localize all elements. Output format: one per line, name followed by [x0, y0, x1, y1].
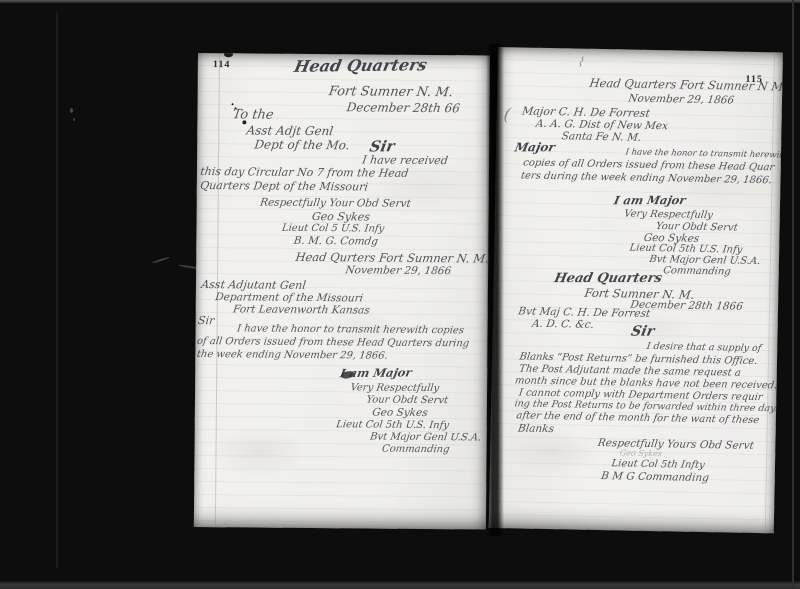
orders-salutation: Major: [514, 141, 556, 153]
film-bottom-edge: [0, 581, 800, 589]
orders-address-line1: Asst Adjutant Genl: [201, 279, 307, 291]
circular-body-line2: this day Circular No 7 from the Head: [200, 166, 410, 179]
orders-signature-name: Geo Sykes: [372, 408, 429, 419]
blanks-signature-name: Geo Sykes: [619, 449, 662, 458]
film-top-edge: [0, 0, 800, 3]
film-speck: [70, 108, 73, 113]
orders-body-line3: the week ending November 29, 1866.: [196, 350, 388, 362]
orders-closing-line1: I am Major: [613, 195, 687, 207]
blanks-body-line1: I desire that a supply of: [646, 342, 762, 354]
orders-body-line1: I have the honor to transmit herewith co…: [236, 324, 464, 336]
circular-signature-command: B. M. G. Comdg: [293, 236, 379, 247]
blanks-address-line2: A. D. C. &c.: [531, 319, 594, 331]
circular-salutation: Sir: [368, 139, 396, 154]
film-left-edge-line: [56, 12, 58, 568]
circular-signature-name: Geo Sykes: [311, 211, 370, 222]
book-spine-gutter: [486, 44, 504, 536]
blanks-signature-rank: Lieut Col 5th Infty: [611, 459, 706, 471]
orders-signature-command: Commanding: [381, 445, 450, 456]
orders-address-line2: Department of the Missouri: [215, 292, 364, 304]
orders-signature-command: Commanding: [662, 266, 731, 277]
orders-address-line3: Fort Leavenworth Kansas: [232, 304, 370, 316]
orders-closing-line3: Your Obdt Servt: [366, 395, 449, 406]
circular-body-line3: Quarters Dept of the Missouri: [199, 180, 368, 192]
orders-closing-line2: Very Respectfully: [350, 383, 440, 394]
blanks-signature-command: B M G Commanding: [600, 471, 709, 484]
film-right-edge-line: [792, 0, 794, 589]
orders-heading-date: November 29, 1866: [628, 94, 735, 107]
orders-address-line2: A. A. G. Dist of New Mex: [535, 119, 669, 132]
orders-closing-line1: I am Major: [339, 367, 413, 379]
orders-signature-rank: Lieut Col 5th U.S. Infy: [335, 420, 449, 431]
circular-body-line1: I have received: [362, 154, 449, 166]
film-pen-artifact: [152, 256, 170, 263]
circular-address-line3: Dept of the Mo.: [254, 139, 351, 152]
orders-heading: Head Qurters Fort Sumner N. M.: [295, 252, 490, 265]
orders-closing-line2: Very Respectfully: [623, 209, 713, 221]
orders-address-line3: Santa Fe N. M.: [561, 131, 642, 143]
circular-address-line2: Asst Adjt Genl: [246, 124, 334, 137]
circular-heading-date: December 28th 66: [346, 101, 461, 114]
blanks-body-line8: Blanks: [517, 423, 554, 434]
ink-speck: [232, 103, 234, 105]
orders-signature-brevet: Bvt Major Genl U.S.A.: [369, 433, 481, 444]
blanks-salutation: Sir: [630, 325, 656, 339]
page-number: 114: [213, 59, 231, 70]
circular-heading-post: Fort Sumner N. M.: [328, 85, 454, 99]
orders-heading-date: November 29, 1866: [345, 265, 452, 276]
left-page: 114 Head Quarters Fort Sumner N. M. Dece…: [194, 53, 490, 530]
circular-closing: Respectfully Your Obd Servt: [259, 198, 411, 210]
orders-salutation: Sir: [197, 315, 215, 326]
circular-heading-place: Head Quarters: [293, 57, 429, 75]
circular-address-line1: To the: [232, 108, 275, 121]
circular-signature-rank: Lieut Col 5 U.S. Infy: [281, 224, 385, 235]
blanks-heading-place: Head Quarters: [553, 272, 663, 285]
right-page: 115 ⌇ ( Head Quarters Fort Sumner N M. N…: [489, 47, 783, 533]
film-speck: [73, 118, 75, 121]
microfilm-ledger-scan: 114 Head Quarters Fort Sumner N. M. Dece…: [0, 0, 800, 589]
